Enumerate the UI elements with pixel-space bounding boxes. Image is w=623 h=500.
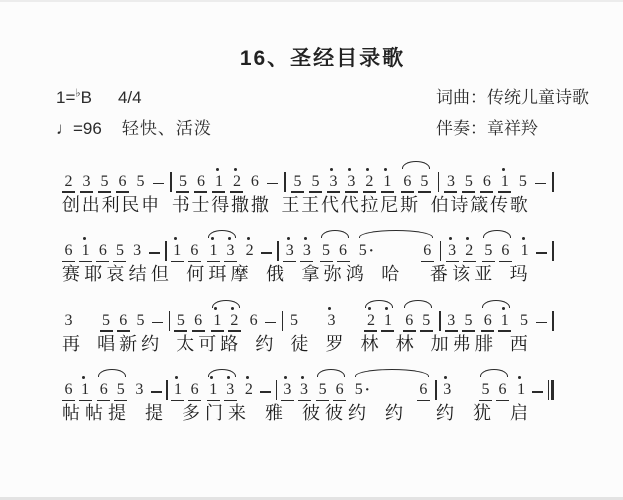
note-digit: 1 (213, 313, 221, 329)
note: 1 (498, 174, 511, 193)
note: 6 (496, 382, 509, 401)
note-digit: 6 (251, 174, 259, 190)
note-digit: 1 (210, 243, 218, 259)
note-digit: 5 (420, 174, 428, 190)
note: 1 (515, 382, 528, 401)
note-digit: 1 (82, 243, 90, 259)
lyric-syllable: 利 (102, 194, 120, 217)
lyric-syllable: 士 (191, 194, 209, 217)
note-digit: 5 (322, 243, 330, 259)
note-digit: 5 (100, 174, 108, 190)
note: 6 (192, 313, 205, 332)
note-digit: 5 (293, 174, 301, 190)
note-digit: 3 (303, 243, 311, 259)
note: 3 (325, 313, 338, 332)
note: 5 (100, 313, 113, 332)
lyric-syllable: 何 (186, 263, 204, 286)
lyric-syllable: 提 (108, 402, 126, 425)
note: 3 (133, 382, 146, 401)
note-digit: 6 (194, 313, 202, 329)
lyric-syllable: 约 (436, 402, 454, 425)
lyric-syllable: 伯 (431, 194, 449, 217)
lyrics-row: 帖帖提提多门来雅彼彼约约约犹启 (62, 402, 528, 425)
note: 3 (444, 174, 457, 193)
dash-hold (531, 382, 544, 401)
note-digit: 5 (465, 313, 473, 329)
note-digit: 6 (99, 243, 107, 259)
note-digit: 1 (501, 313, 509, 329)
lyric-syllable: 多 (182, 402, 200, 425)
note: 6 (417, 382, 430, 401)
note-digit: 3 (300, 382, 308, 398)
lyric-syllable: 出 (82, 194, 100, 217)
note: 6 (62, 382, 75, 401)
lyric-syllable: 帖 (85, 402, 103, 425)
note: 5 (320, 243, 333, 262)
slur-group: 56 (477, 382, 511, 401)
lyric-syllable: 箴 (470, 194, 488, 217)
note: 2 (363, 174, 376, 193)
system-4: 616531613233565·63561帖帖提提多门来雅彼彼约约约犹启 (62, 363, 554, 425)
lyric-syllable: 民 (121, 194, 139, 217)
note-digit: 6 (336, 382, 344, 398)
note: 3 (281, 382, 294, 401)
note-digit: 6 (339, 243, 347, 259)
note-digit: 6 (191, 382, 199, 398)
note-digit: 1 (173, 243, 181, 259)
meta-block: 1=♭B4/4 ♩=96轻快、活泼 词曲：传统儿童诗歌 伴奏：章祥羚 (56, 82, 589, 145)
note-digit: 5 (290, 313, 298, 329)
note: 3 (131, 243, 144, 262)
note: 6 (401, 174, 414, 193)
barline (165, 241, 167, 261)
note: 6 (481, 313, 494, 332)
note-digit: 6 (423, 243, 431, 259)
note: 5 (113, 243, 126, 262)
note: 1 (171, 382, 184, 401)
note: 6 (96, 243, 109, 262)
note: 5 (518, 313, 531, 332)
note-digit: 3 (283, 382, 291, 398)
lyric-syllable: 诗 (450, 194, 468, 217)
note-digit: 3 (347, 174, 355, 190)
note-digit: 1 (501, 174, 509, 190)
barline (170, 172, 172, 192)
note: 1 (207, 243, 220, 262)
slur-group: 65 (401, 313, 435, 332)
lyric-syllable: 徒 (290, 333, 308, 356)
slur-group: 56 (314, 382, 348, 401)
lyric-syllable: 撒 (231, 194, 249, 217)
note: 3 (445, 313, 458, 332)
note-digit: 6 (483, 174, 491, 190)
lyric-syllable: 彼 (302, 402, 320, 425)
lyric-syllable: 再 (62, 333, 80, 356)
note-digit: 3 (65, 313, 73, 329)
lyric-syllable: 来 (228, 402, 246, 425)
note-digit: 1 (215, 174, 223, 190)
note-digit: 6 (119, 313, 127, 329)
slur-group: 56 (480, 243, 514, 262)
barline (276, 380, 278, 400)
note: 3 (62, 313, 75, 332)
sheet-page: 16、圣经目录歌 1=♭B4/4 ♩=96轻快、活泼 词曲：传统儿童诗歌 伴奏：… (0, 2, 623, 425)
key-signature: 1=♭B4/4 (56, 82, 212, 113)
note: 1 (79, 382, 92, 401)
dash-hold (264, 313, 277, 332)
lyric-syllable: 珥 (208, 263, 226, 286)
note-digit: 5 (137, 313, 145, 329)
note-digit: 6 (65, 243, 73, 259)
note-digit: 3 (447, 174, 455, 190)
barline (439, 311, 441, 331)
lyric-syllable: 启 (510, 402, 528, 425)
note: 6 (62, 243, 75, 262)
lyric-syllable: 路 (220, 333, 238, 356)
note-digit: 5 (102, 313, 110, 329)
dash-hold (259, 382, 272, 401)
lyric-syllable: 结 (129, 263, 147, 286)
note: 6 (403, 313, 416, 332)
note-digit: 5 (116, 243, 124, 259)
tempo-value: ♩=96 (56, 119, 102, 138)
key-letter: B (81, 88, 92, 107)
note: 5 (462, 313, 475, 332)
lyric-syllable: 哀 (106, 263, 124, 286)
note: 3 (327, 174, 340, 193)
note: 3 (224, 243, 237, 262)
note-digit: 6 (250, 313, 258, 329)
notes-row: 616531613233565·632561 (62, 224, 554, 262)
note-digit: 3 (329, 174, 337, 190)
notes-row: 35655612653216535615 (62, 294, 554, 332)
note: 3 (345, 174, 358, 193)
lyric-syllable: 林 (361, 333, 379, 356)
lyric-syllable: 新 (119, 333, 137, 356)
note: 6 (421, 243, 434, 262)
dash-hold (535, 313, 548, 332)
note: 3 (224, 382, 237, 401)
note-digit: 6 (403, 174, 411, 190)
note: 6 (480, 174, 493, 193)
lyric-syllable: 亚 (474, 263, 492, 286)
barline (552, 172, 554, 192)
note: 2 (242, 382, 255, 401)
song-title: 16、圣经目录歌 (56, 42, 589, 72)
note-digit: 5 (465, 174, 473, 190)
note-digit: 5 (519, 174, 527, 190)
dash-hold (266, 174, 279, 193)
note-digit: 3 (82, 174, 90, 190)
note: 1 (79, 243, 92, 262)
note: 6 (188, 382, 201, 401)
slur-group: 65 (399, 174, 433, 193)
note: 6 (247, 313, 260, 332)
lyric-syllable: 番 (430, 263, 448, 286)
barline (282, 311, 284, 331)
note: 1 (211, 313, 224, 332)
barline (440, 241, 442, 261)
slur-group: 5·6 (352, 382, 432, 401)
slur-group: 5·6 (356, 243, 436, 262)
lyric-syllable: 弥 (324, 263, 342, 286)
system-3: 35655612653216535615再唱新约太可路约徒罗林林加弗腓西 (62, 294, 554, 356)
note: 5· (358, 243, 375, 262)
slur-group: 13 (205, 243, 239, 262)
note-digit: 5 (359, 243, 367, 259)
note-digit: 2 (465, 243, 473, 259)
note-digit: 6 (100, 382, 108, 398)
accompaniment-credit: 伴奏：章祥羚 (436, 113, 589, 144)
note-digit: 5 (177, 313, 185, 329)
note-digit: 6 (118, 174, 126, 190)
lyric-syllable: 鸿 (346, 263, 364, 286)
lyric-syllable: 帖 (62, 402, 80, 425)
note: 5 (316, 382, 329, 401)
note-digit: 6 (501, 243, 509, 259)
note-digit: 6 (419, 382, 427, 398)
system-2: 616531613233565·632561赛耶哀结但何珥摩俄拿弥鸿哈番该亚玛 (62, 224, 554, 286)
note-digit: 5 (117, 382, 125, 398)
note-digit: 3 (448, 243, 456, 259)
note: 6 (337, 243, 350, 262)
note-digit: 3 (447, 313, 455, 329)
lyric-syllable: 拿 (301, 263, 319, 286)
barline (277, 241, 279, 261)
note: 5 (114, 382, 127, 401)
lyric-syllable: 太 (176, 333, 194, 356)
note-digit: 6 (65, 382, 73, 398)
lyric-syllable: 哈 (381, 263, 399, 286)
lyric-syllable: 申 (141, 194, 159, 217)
note-digit: 3 (227, 243, 235, 259)
note: 5 (176, 174, 189, 193)
note-digit: 5 (136, 174, 144, 190)
lyric-syllable: 腓 (475, 333, 493, 356)
note-digit: 1 (521, 243, 529, 259)
note-digit: 1 (517, 382, 525, 398)
note-digit: 2 (245, 382, 253, 398)
lyric-syllable: 斯 (400, 194, 418, 217)
note-digit: 3 (327, 313, 335, 329)
note: 3 (298, 382, 311, 401)
lyric-syllable: 王 (281, 194, 299, 217)
note-digit: 1 (384, 313, 392, 329)
tempo-marking: ♩=96轻快、活泼 (56, 113, 212, 144)
note-digit: 1 (174, 382, 182, 398)
note-digit: 3 (135, 382, 143, 398)
lyric-syllable: 创 (62, 194, 80, 217)
lyric-syllable: 约 (385, 402, 403, 425)
barline (552, 311, 554, 331)
note-digit: 3 (226, 382, 234, 398)
meta-right: 词曲：传统儿童诗歌 伴奏：章祥羚 (436, 82, 589, 145)
note: 3 (283, 243, 296, 262)
note-digit: 2 (233, 174, 241, 190)
note-digit: 5 (311, 174, 319, 190)
lyric-syllable: 代 (321, 194, 339, 217)
lyric-syllable: 但 (151, 263, 169, 286)
note: 1 (171, 243, 184, 262)
dash-hold (260, 243, 273, 262)
slur-group: 13 (205, 382, 239, 401)
lyric-syllable: 该 (452, 263, 470, 286)
lyric-syllable: 西 (510, 333, 528, 356)
slur-group: 61 (479, 313, 513, 332)
lyrics-row: 赛耶哀结但何珥摩俄拿弥鸿哈番该亚玛 (62, 263, 528, 286)
note-digit: 1 (209, 382, 217, 398)
note: 5 (287, 313, 300, 332)
barline (284, 172, 286, 192)
dash-hold (534, 174, 547, 193)
lyric-syllable: 雅 (265, 402, 283, 425)
dash-hold (150, 382, 163, 401)
note-digit: 5 (520, 313, 528, 329)
lyric-syllable: 可 (198, 333, 216, 356)
note-digit: 3 (133, 243, 141, 259)
mood-text: 轻快、活泼 (122, 119, 212, 138)
note: 2 (243, 243, 256, 262)
note-digit: 2 (65, 174, 73, 190)
time-signature: 4/4 (118, 88, 142, 107)
lyric-syllable: 林 (396, 333, 414, 356)
note: 6 (499, 243, 512, 262)
note: 5 (482, 243, 495, 262)
notes-row: 616531613233565·63561 (62, 363, 554, 401)
note-digit: 5 (179, 174, 187, 190)
barline (552, 241, 554, 261)
note-digit: 3 (286, 243, 294, 259)
key-prefix: 1= (56, 88, 75, 107)
lyric-syllable: 摩 (231, 263, 249, 286)
slur-group: 21 (362, 313, 396, 332)
lyric-syllable: 得 (211, 194, 229, 217)
lyric-syllable: 代 (341, 194, 359, 217)
barline (435, 380, 437, 400)
note-digit: 1 (383, 174, 391, 190)
slur-group: 12 (209, 313, 243, 332)
lyric-syllable: 约 (255, 333, 273, 356)
lyric-syllable: 玛 (510, 263, 528, 286)
slur-group: 56 (318, 243, 352, 262)
lyric-syllable: 弗 (453, 333, 471, 356)
note: 3 (441, 382, 454, 401)
lyric-syllable: 约 (141, 333, 159, 356)
note-digit: 5 (484, 243, 492, 259)
final-barline (548, 380, 554, 400)
note: 5 (479, 382, 492, 401)
lyric-syllable: 彼 (325, 402, 343, 425)
lyric-syllable: 撒 (251, 194, 269, 217)
slur-group: 65 (95, 382, 129, 401)
dash-hold (151, 313, 164, 332)
note: 1 (381, 174, 394, 193)
note: 5 (462, 174, 475, 193)
note: 3 (446, 243, 459, 262)
note-digit: 2 (246, 243, 254, 259)
lyric-syllable: 约 (348, 402, 366, 425)
augmentation-dot: · (369, 243, 374, 259)
note: 2 (364, 313, 377, 332)
lyric-syllable: 拉 (361, 194, 379, 217)
lyric-syllable: 犹 (473, 402, 491, 425)
note: 5 (418, 174, 431, 193)
note: 6 (97, 382, 110, 401)
note-digit: 1 (81, 382, 89, 398)
dash-hold (152, 174, 165, 193)
note: 5· (354, 382, 371, 401)
meta-left: 1=♭B4/4 ♩=96轻快、活泼 (56, 82, 212, 145)
lyric-syllable: 耶 (84, 263, 102, 286)
lyric-syllable: 唱 (97, 333, 115, 356)
note: 6 (116, 174, 129, 193)
note: 1 (518, 243, 531, 262)
note: 3 (300, 243, 313, 262)
note: 1 (381, 313, 394, 332)
note-digit: 6 (405, 313, 413, 329)
note: 1 (207, 382, 220, 401)
lyric-syllable: 罗 (325, 333, 343, 356)
lyric-syllable: 传 (490, 194, 508, 217)
note-digit: 5 (481, 382, 489, 398)
note-digit: 2 (230, 313, 238, 329)
note: 5 (309, 174, 322, 193)
note-digit: 5 (319, 382, 327, 398)
note: 5 (174, 313, 187, 332)
note-digit: 6 (498, 382, 506, 398)
note: 1 (498, 313, 511, 332)
lyric-syllable: 歌 (510, 194, 528, 217)
augmentation-dot: · (365, 382, 370, 398)
note: 2 (230, 174, 243, 193)
lyric-syllable: 加 (431, 333, 449, 356)
note: 6 (248, 174, 261, 193)
note-digit: 6 (484, 313, 492, 329)
lyric-syllable: 书 (172, 194, 190, 217)
lyrics-row: 创出利民申书士得撒撒王王代代拉尼斯伯诗箴传歌 (62, 194, 528, 217)
note: 5 (420, 313, 433, 332)
system-1: 23565561265533216535615创出利民申书士得撒撒王王代代拉尼斯… (62, 155, 554, 217)
score: 23565561265533216535615创出利民申书士得撒撒王王代代拉尼斯… (62, 155, 554, 426)
note: 5 (516, 174, 529, 193)
note-digit: 6 (190, 243, 198, 259)
note-digit: 6 (197, 174, 205, 190)
note-digit: 5 (355, 382, 363, 398)
lyrics-row: 再唱新约太可路约徒罗林林加弗腓西 (62, 333, 528, 356)
lyric-syllable: 王 (301, 194, 319, 217)
note: 2 (228, 313, 241, 332)
lyric-syllable: 赛 (62, 263, 80, 286)
note-digit: 2 (365, 174, 373, 190)
note: 2 (62, 174, 75, 193)
note: 3 (80, 174, 93, 193)
barline (166, 380, 168, 400)
note-digit: 2 (367, 313, 375, 329)
note-digit: 5 (422, 313, 430, 329)
note: 5 (98, 174, 111, 193)
note: 1 (212, 174, 225, 193)
dash-hold (535, 243, 548, 262)
note: 5 (134, 313, 147, 332)
notes-row: 23565561265533216535615 (62, 155, 554, 193)
note: 6 (194, 174, 207, 193)
lyric-syllable: 尼 (380, 194, 398, 217)
note: 5 (134, 174, 147, 193)
note: 2 (463, 243, 476, 262)
lyric-syllable: 提 (145, 402, 163, 425)
note-digit: 3 (443, 382, 451, 398)
dash-hold (148, 243, 161, 262)
